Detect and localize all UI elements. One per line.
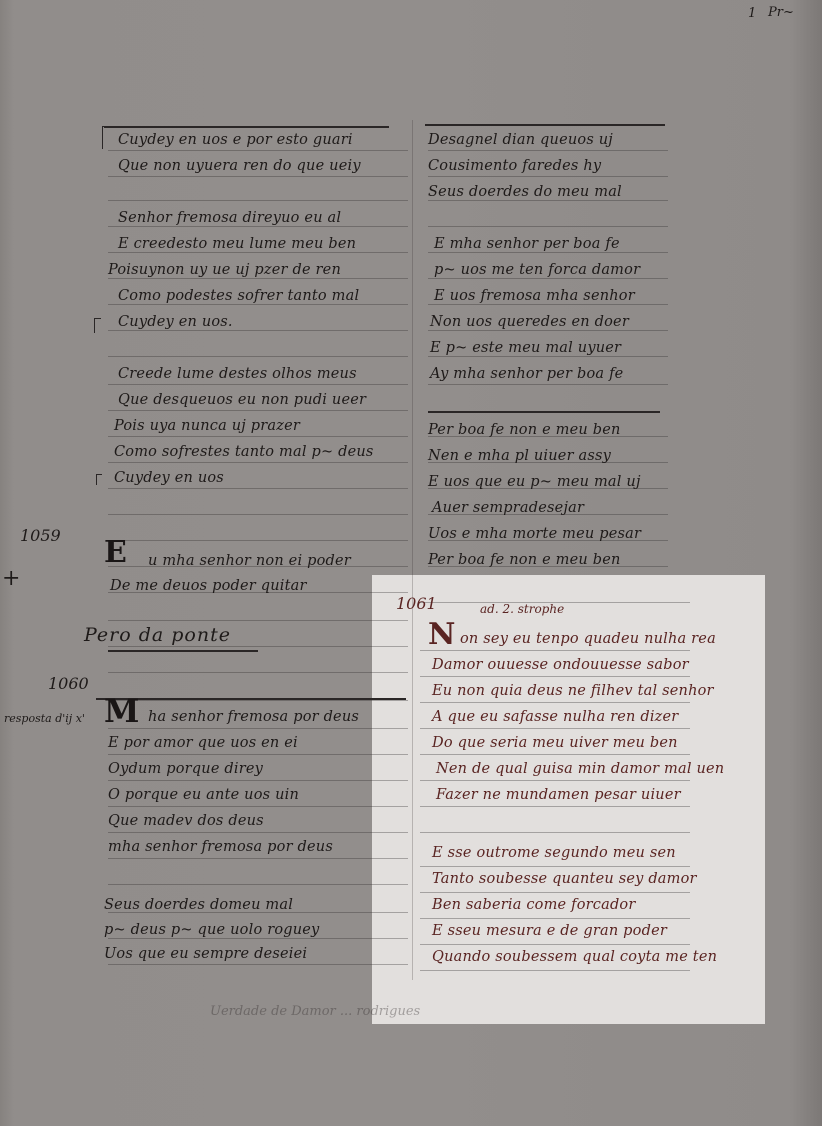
- ruling-line: [428, 150, 668, 151]
- ruling-line: [420, 918, 690, 919]
- paragraph-mark: [96, 474, 102, 485]
- verse-line: Como sofrestes tanto mal p~ deus: [114, 444, 374, 460]
- ruling-line: [108, 488, 408, 489]
- verse-line: O porque eu ante uos uin: [108, 787, 299, 803]
- verse-line: Como podestes sofrer tanto mal: [118, 288, 359, 304]
- verse-line: Quando soubessem qual coyta me ten: [432, 949, 717, 965]
- ruling-line: [108, 884, 408, 885]
- top-rule-right: [425, 124, 665, 126]
- verse-line: E uos que eu p~ meu mal uj: [428, 474, 641, 490]
- initial-letter-m: M: [104, 696, 139, 726]
- ruling-line: [108, 226, 408, 227]
- author-underline: [108, 650, 258, 652]
- ruling-line: [108, 754, 408, 755]
- verse-line: Non uos queredes en doer: [430, 314, 629, 330]
- ruling-line: [108, 620, 408, 621]
- ruling-line: [108, 964, 408, 965]
- folio-number: 1: [748, 6, 756, 21]
- ruling-line: [428, 304, 668, 305]
- verse-line: Ben saberia come forcador: [432, 897, 635, 913]
- initial-letter-n: N: [428, 620, 455, 650]
- verse-line: Creede lume destes olhos meus: [118, 366, 357, 382]
- stanza-rule: [428, 411, 660, 413]
- verse-line: E p~ este meu mal uyuer: [430, 340, 621, 356]
- poem-annotation: ad. 2. strophe: [480, 602, 564, 616]
- verse-line: mha senhor fremosa por deus: [108, 839, 333, 855]
- ruling-line: [420, 702, 690, 703]
- ruling-line: [108, 176, 408, 177]
- verse-line: A que eu safasse nulha ren dizer: [432, 709, 678, 725]
- ruling-line: [108, 540, 408, 541]
- ruling-line: [108, 858, 408, 859]
- verse-line: on sey eu tenpo quadeu nulha rea: [460, 631, 716, 647]
- ruling-line: [420, 780, 690, 781]
- verse-line: Que non uyuera ren do que ueiy: [118, 158, 361, 174]
- column-divider: [412, 120, 413, 980]
- verse-line: p~ uos me ten forca damor: [434, 262, 640, 278]
- verse-line: Senhor fremosa direyuo eu al: [118, 210, 341, 226]
- ruling-line: [108, 514, 408, 515]
- verse-line: Per boa fe non e meu ben: [428, 552, 621, 568]
- verse-line: E sse outrome segundo meu sen: [432, 845, 676, 861]
- ruling-line: [108, 410, 408, 411]
- verse-line: ha senhor fremosa por deus: [148, 709, 359, 725]
- initial-letter-e: E: [104, 538, 127, 568]
- ruling-line: [108, 780, 408, 781]
- ruling-line: [420, 676, 690, 677]
- verse-line: E sseu mesura e de gran poder: [432, 923, 667, 939]
- top-rule-left: [104, 126, 389, 128]
- ruling-line: [108, 672, 408, 673]
- ruling-line: [428, 278, 668, 279]
- verse-line: Que desqueuos eu non pudi ueer: [118, 392, 366, 408]
- ruling-line: [108, 330, 408, 331]
- ruling-line: [108, 150, 408, 151]
- verse-line: Auer sempradesejar: [432, 500, 584, 516]
- ruling-line: [420, 866, 690, 867]
- ruling-line: [420, 970, 690, 971]
- verse-line: Cuydey en uos: [114, 470, 224, 486]
- verse-line: Uos e mha morte meu pesar: [428, 526, 641, 542]
- ruling-line: [420, 832, 690, 833]
- ruling-line: [108, 806, 408, 807]
- ruling-line: [108, 646, 408, 647]
- verse-line: Que madev dos deus: [108, 813, 264, 829]
- cross-mark: +: [2, 566, 20, 591]
- poem-number-1061: 1061: [396, 594, 437, 613]
- ruling-line: [108, 384, 408, 385]
- ruling-line: [420, 892, 690, 893]
- ruling-line: [108, 436, 408, 437]
- poem-number-1060: 1060: [48, 674, 89, 693]
- author-heading: Pero da ponte: [84, 624, 231, 646]
- verse-line: u mha senhor non ei poder: [148, 553, 351, 569]
- verse-line: Nen de qual guisa min damor mal uen: [436, 761, 724, 777]
- verse-line: Oydum porque direy: [108, 761, 263, 777]
- verse-line: Eu non quia deus ne filhev tal senhor: [432, 683, 714, 699]
- manuscript-page: 1 Pr~: [0, 0, 822, 1126]
- verse-line: E por amor que uos en ei: [108, 735, 298, 751]
- ruling-line: [428, 252, 668, 253]
- ruling-line: [108, 700, 408, 701]
- poem-rule: [96, 698, 406, 700]
- verse-line: Cousimento faredes hy: [428, 158, 601, 174]
- verse-line: Cuydey en uos.: [118, 314, 233, 330]
- folio-mark: Pr~: [768, 5, 794, 20]
- verse-line: Ay mha senhor per boa fe: [430, 366, 623, 382]
- verse-line: Desagnel dian queuos uj: [428, 132, 613, 148]
- ruling-line: [428, 384, 668, 385]
- bleed-through-text: Uerdade de Damor ... rodrigues: [210, 1004, 420, 1019]
- verse-line: Damor ouuesse ondouuesse sabor: [432, 657, 689, 673]
- ruling-line: [428, 200, 668, 201]
- verse-line: p~ deus p~ que uolo roguey: [104, 922, 319, 938]
- verse-line: Fazer ne mundamen pesar uiuer: [436, 787, 681, 803]
- verse-line: Nen e mha pl uiuer assy: [428, 448, 611, 464]
- ruling-line: [428, 226, 668, 227]
- paragraph-mark: [94, 318, 101, 333]
- ruling-line: [108, 278, 408, 279]
- ruling-line: [108, 728, 408, 729]
- verse-line: Cuydey en uos e por esto guari: [118, 132, 353, 148]
- ruling-line: [108, 462, 408, 463]
- verse-line: Per boa fe non e meu ben: [428, 422, 621, 438]
- margin-note: resposta d'ij x': [4, 712, 85, 725]
- verse-line: E creedesto meu lume meu ben: [118, 236, 356, 252]
- ruling-line: [420, 650, 690, 651]
- ruling-line: [420, 944, 690, 945]
- verse-line: Pois uya nunca uj prazer: [114, 418, 300, 434]
- verse-line: Tanto soubesse quanteu sey damor: [432, 871, 697, 887]
- verse-line: Seus doerdes do meu mal: [428, 184, 622, 200]
- verse-line: E uos fremosa mha senhor: [434, 288, 635, 304]
- ruling-line: [108, 938, 408, 939]
- verse-line: De me deuos poder quitar: [110, 578, 307, 594]
- verse-line: Seus doerdes domeu mal: [104, 897, 293, 913]
- ruling-line: [420, 754, 690, 755]
- ruling-line: [108, 304, 408, 305]
- ruling-line: [428, 356, 668, 357]
- ruling-line: [108, 356, 408, 357]
- ruling-line: [420, 806, 690, 807]
- ruling-line: [420, 728, 690, 729]
- top-bracket-left: [102, 126, 107, 149]
- ruling-line: [108, 252, 408, 253]
- ruling-line: [428, 330, 668, 331]
- verse-line: Do que seria meu uiver meu ben: [432, 735, 678, 751]
- ruling-line: [108, 200, 408, 201]
- ruling-line: [428, 176, 668, 177]
- verse-line: Uos que eu sempre deseiei: [104, 946, 307, 962]
- ruling-line: [108, 832, 408, 833]
- verse-line: E mha senhor per boa fe: [434, 236, 620, 252]
- verse-line: Poisuynon uy ue uj pzer de ren: [108, 262, 341, 278]
- poem-number-1059: 1059: [20, 526, 61, 545]
